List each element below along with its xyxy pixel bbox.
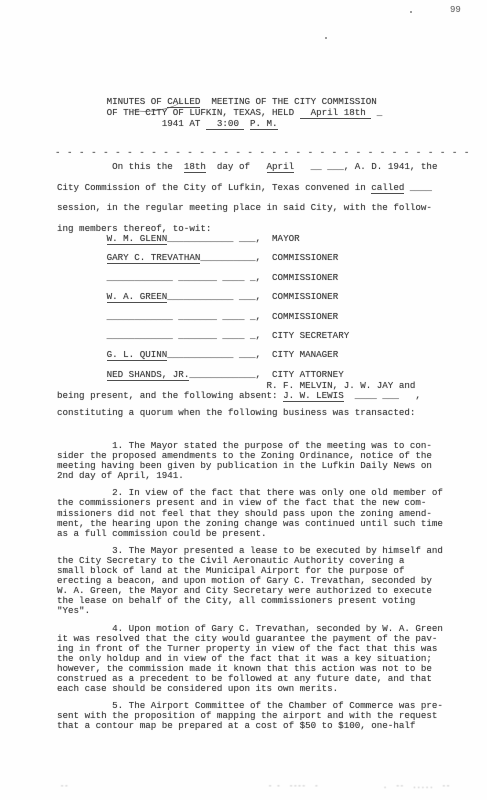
typed-line: session, in the regular meeting place in… xyxy=(57,202,437,223)
typed-text: OF THE CITY OF LUFKIN, TEXAS, HELD xyxy=(57,107,300,118)
typed-line: 1941 AT 3:00 P. M. xyxy=(57,118,382,129)
roster-row: G. L. QUINN____________ ___, CITY MANAGE… xyxy=(57,349,349,368)
typed-text: ____________ _______ ____ _, xyxy=(107,330,272,341)
quorum-line: constituting a quorum when the following… xyxy=(57,407,415,418)
filled-in-blank: W. A. GREEN xyxy=(107,291,168,303)
typed-text xyxy=(57,369,107,380)
typed-text xyxy=(57,311,107,322)
typed-text: ____________ ___, xyxy=(167,349,272,360)
typed-text xyxy=(57,330,107,341)
faint-fragment: -- xyxy=(60,783,68,791)
typed-text: CITY MANAGER xyxy=(272,349,338,360)
filled-in-blank: 3:00 xyxy=(206,118,245,130)
typed-text: MINUTES OF xyxy=(57,96,167,107)
typed-text: each case should be considered upon its … xyxy=(57,683,338,694)
roster-row: ____________ _______ ____ _, COMMISSIONE… xyxy=(57,272,349,291)
typed-line: each case should be considered upon its … xyxy=(57,684,443,694)
typed-text: session, in the regular meeting place in… xyxy=(57,202,432,213)
typed-line: 2nd day of April, 1941. xyxy=(57,471,443,481)
typed-text: as a full commission could be present. xyxy=(57,528,267,539)
typed-text: MAYOR xyxy=(272,233,300,244)
typed-line: On this the 18th day of April __ ___, A.… xyxy=(57,161,437,182)
filled-in-blank: April xyxy=(267,161,295,173)
typed-text: ____ ___ , xyxy=(344,390,421,401)
typed-text: ____ xyxy=(404,182,432,193)
typed-line: "Yes". xyxy=(57,606,443,616)
minutes-paragraph: 2. In view of the fact that there was on… xyxy=(57,488,443,538)
typed-text: ____________ _______ ____ _, xyxy=(107,311,272,322)
officials-roster: W. M. GLENN____________ ___, MAYOR GARY … xyxy=(57,233,349,388)
opening-paragraph: On this the 18th day of April __ ___, A.… xyxy=(57,161,437,244)
filled-in-blank: NED SHANDS, JR. xyxy=(107,369,190,381)
typed-text: 2nd day of April, 1941. xyxy=(57,470,184,481)
typed-text: the lease on behalf of the City, all com… xyxy=(57,595,415,606)
typed-text: COMMISSIONER xyxy=(272,252,338,263)
filled-in-blank: G. L. QUINN xyxy=(107,349,168,361)
faint-fragment: . -- ..... -- xyxy=(383,783,450,791)
minutes-paragraph: 3. The Mayor presented a lease to be exe… xyxy=(57,546,443,617)
typed-text xyxy=(57,349,107,360)
typed-text: CITY ATTORNEY xyxy=(272,369,344,380)
typed-text: CITY SECRETARY xyxy=(272,330,349,341)
roster-row: W. M. GLENN____________ ___, MAYOR xyxy=(57,233,349,252)
typed-line: the lease on behalf of the City, all com… xyxy=(57,596,443,606)
separator-line: - - - - - - - - - - - - - - - - - - - - … xyxy=(55,147,470,158)
typed-text: __ ___, A. D. 1941, the xyxy=(294,161,437,172)
typed-text: ____________, xyxy=(189,369,272,380)
typed-text: ____________ ___, xyxy=(167,233,272,244)
absent-members-lines: R. F. MELVIN, J. W. JAY andbeing present… xyxy=(57,381,421,400)
typed-text: "Yes". xyxy=(57,605,90,616)
minutes-paragraph: 5. The Airport Committee of the Chamber … xyxy=(57,701,443,731)
typed-line: constituting a quorum when the following… xyxy=(57,407,415,418)
page-number: 99 xyxy=(450,5,461,15)
typed-line: being present, and the following absent:… xyxy=(57,391,421,401)
scan-speck xyxy=(325,37,327,39)
document-title: MINUTES OF CALLED MEETING OF THE CITY CO… xyxy=(57,96,382,129)
scanned-minutes-page: 99 MINUTES OF CALLED MEETING OF THE CITY… xyxy=(0,0,487,800)
minutes-paragraph: 1. The Mayor stated the purpose of the m… xyxy=(57,441,443,481)
faint-fragment: - - ---- - xyxy=(268,783,318,791)
typed-line: MINUTES OF CALLED MEETING OF THE CITY CO… xyxy=(57,96,382,107)
roster-row: ____________ _______ ____ _, CITY SECRET… xyxy=(57,330,349,349)
filled-in-blank: W. M. GLENN xyxy=(107,233,168,245)
roster-row: W. A. GREEN____________ ___, COMMISSIONE… xyxy=(57,291,349,310)
typed-text: 1941 AT xyxy=(57,118,206,129)
typed-line: that a contour map be prepared at a cost… xyxy=(57,721,443,731)
typed-text: COMMISSIONER xyxy=(272,272,338,283)
typed-text: _ xyxy=(371,107,382,118)
typed-text: day of xyxy=(206,161,267,172)
minutes-paragraphs: 1. The Mayor stated the purpose of the m… xyxy=(57,441,443,738)
typed-text xyxy=(57,291,107,302)
filled-in-blank: 18th xyxy=(184,161,206,173)
dashed-rule: - - - - - - - - - - - - - - - - - - - - … xyxy=(55,147,470,158)
typed-text xyxy=(57,233,107,244)
filled-in-blank: called xyxy=(371,182,404,194)
typed-text: COMMISSIONER xyxy=(272,291,338,302)
typed-text: that a contour map be prepared at a cost… xyxy=(57,720,415,731)
typed-line: as a full commission could be present. xyxy=(57,529,443,539)
typed-text: being present, and the following absent: xyxy=(57,390,283,401)
filled-in-blank: April 18th xyxy=(300,107,372,119)
typed-text: COMMISSIONER xyxy=(272,311,338,322)
typed-text: MEETING OF THE CITY COMMISSION xyxy=(200,96,376,107)
roster-row: GARY C. TREVATHAN__________, COMMISSIONE… xyxy=(57,252,349,271)
typed-text: ____________ _______ ____ _, xyxy=(107,272,272,283)
typed-text xyxy=(57,272,107,283)
filled-in-blank: P. M. xyxy=(250,118,278,130)
typed-line: OF THE CITY OF LUFKIN, TEXAS, HELD April… xyxy=(57,107,382,118)
filled-in-blank: GARY C. TREVATHAN xyxy=(107,252,201,264)
minutes-paragraph: 4. Upon motion of Gary C. Trevathan, sec… xyxy=(57,624,443,695)
typed-text xyxy=(57,252,107,263)
faint-bottom-marks: --- - ---- -. -- ..... -- xyxy=(0,783,487,797)
typed-text: On this the xyxy=(57,161,184,172)
roster-row: ____________ _______ ____ _, COMMISSIONE… xyxy=(57,311,349,330)
typed-line: City Commission of the City of Lufkin, T… xyxy=(57,182,437,203)
scan-speck xyxy=(410,11,412,13)
typed-text: __________, xyxy=(200,252,272,263)
typed-text: ____________ ___, xyxy=(167,291,272,302)
typed-text: City Commission of the City of Lufkin, T… xyxy=(57,182,371,193)
filled-in-blank: J. W. LEWIS xyxy=(283,390,344,402)
